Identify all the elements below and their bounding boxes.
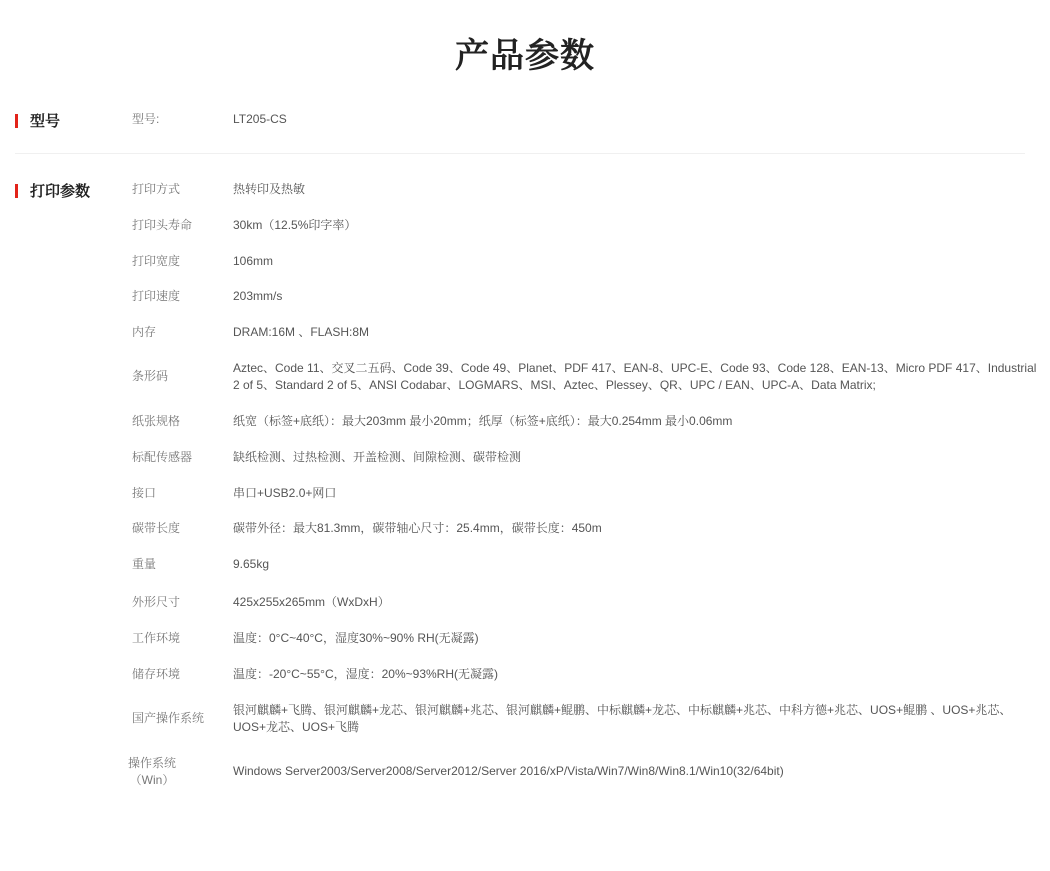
spec-label: 打印宽度 [132,253,227,270]
spec-value: 串口+USB2.0+网口 [233,485,1043,502]
spec-label: 重量 [132,556,227,573]
spec-value: 缺纸检测、过热检测、开盖检测、间隙检测、碳带检测 [233,449,1043,466]
spec-label: 碳带长度 [132,520,227,537]
spec-value: 热转印及热敏 [233,181,1043,198]
spec-value: Aztec、Code 11、交叉二五码、Code 39、Code 49、Plan… [233,360,1043,394]
spec-value: 碳带外径：最大81.3mm，碳带轴心尺寸：25.4mm，碳带长度：450m [233,520,1043,537]
section-header-model: 型号 [15,110,60,131]
section-header-print: 打印参数 [15,180,90,201]
spec-label: 纸张规格 [132,413,227,430]
spec-label: 接口 [132,485,227,502]
spec-label: 国产操作系统 [132,710,227,727]
spec-value: 纸宽（标签+底纸）：最大203mm 最小20mm；纸厚（标签+底纸）：最大0.2… [233,413,1043,430]
spec-label: 内存 [132,324,227,341]
spec-label: 型号: [132,111,227,128]
spec-value: Windows Server2003/Server2008/Server2012… [233,763,1043,780]
spec-label: 打印方式 [132,181,227,198]
spec-label: 工作环境 [132,630,227,647]
accent-bar [15,114,18,128]
spec-label: 标配传感器 [132,449,227,466]
spec-value: 温度：0°C~40°C，湿度30%~90% RH(无凝露) [233,630,1043,647]
spec-value: 9.65kg [233,556,1043,573]
spec-label: 条形码 [132,368,227,385]
spec-value: 106mm [233,253,1043,270]
spec-value: 温度：-20°C~55°C，湿度：20%~93%RH(无凝露) [233,666,1043,683]
spec-value: 203mm/s [233,288,1043,305]
spec-value: DRAM:16M 、FLASH:8M [233,324,1043,341]
spec-label: 储存环境 [132,666,227,683]
spec-value: LT205-CS [233,111,1043,128]
accent-bar [15,184,18,198]
spec-label: 操作系统（Win） [122,755,182,789]
spec-label: 外形尺寸 [132,594,227,611]
spec-value: 425x255x265mm（WxDxH） [233,594,1043,611]
section-title-print: 打印参数 [30,180,90,201]
spec-label: 打印头寿命 [132,217,227,234]
section-divider [15,153,1025,154]
spec-value: 银河麒麟+飞腾、银河麒麟+龙芯、银河麒麟+兆芯、银河麒麟+鲲鹏、中标麒麟+龙芯、… [233,702,1043,736]
spec-value: 30km（12.5%印字率） [233,217,1043,234]
page-title: 产品参数 [0,28,1050,77]
section-title-model: 型号 [30,110,60,131]
spec-label: 打印速度 [132,288,227,305]
